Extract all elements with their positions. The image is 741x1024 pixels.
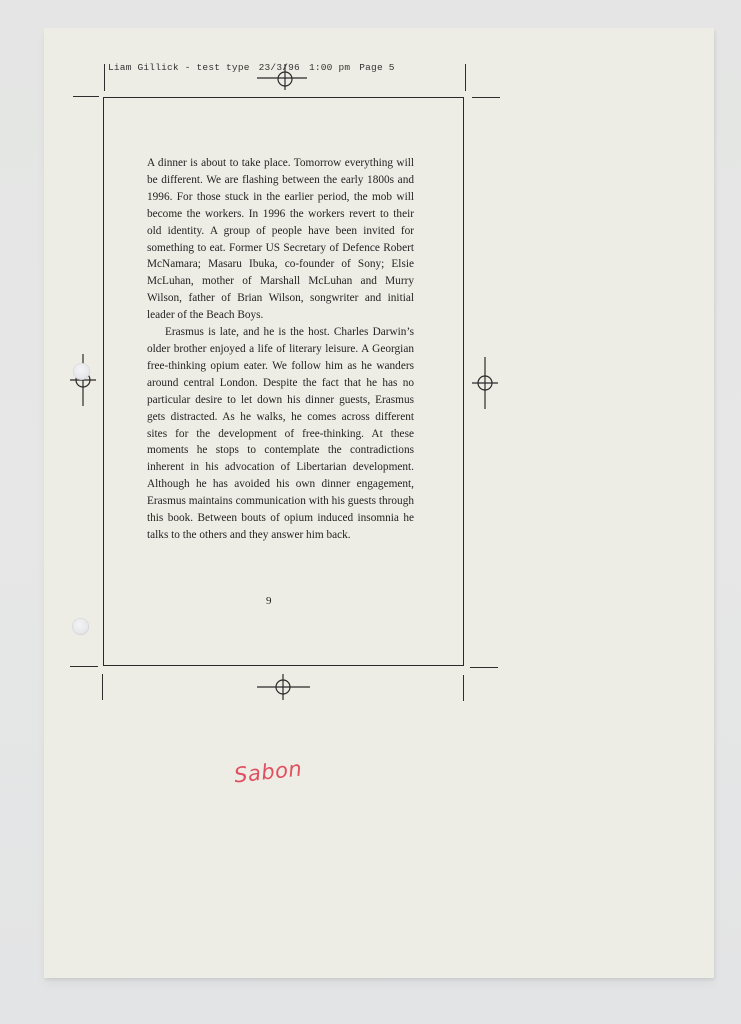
paragraph: A dinner is about to take place. Tomorro… xyxy=(147,155,414,324)
registration-mark-right-icon xyxy=(470,355,500,411)
header-time: 1:00 pm xyxy=(309,62,350,73)
crop-mark-bottom-left-h xyxy=(70,666,98,667)
crop-mark-top-right-v xyxy=(465,64,466,91)
crop-mark-bottom-right-h xyxy=(470,667,498,668)
crop-mark-bottom-left-v xyxy=(102,674,103,700)
crop-mark-bottom-right-v xyxy=(463,675,464,701)
crop-mark-top-right-h xyxy=(472,97,500,98)
punch-hole-top xyxy=(73,363,90,380)
registration-mark-left-icon xyxy=(68,352,98,408)
registration-mark-top-icon xyxy=(255,62,315,92)
crop-mark-top-left-v xyxy=(104,64,105,91)
punch-hole-bottom xyxy=(72,618,89,635)
paragraph: Erasmus is late, and he is the host. Cha… xyxy=(147,324,414,544)
header-page: Page 5 xyxy=(359,62,394,73)
crop-mark-top-left-h xyxy=(73,96,99,97)
registration-mark-bottom-icon xyxy=(255,672,313,702)
body-text: A dinner is about to take place. Tomorro… xyxy=(147,155,414,544)
page-number: 9 xyxy=(266,595,272,607)
header-author: Liam Gillick - test type xyxy=(108,62,250,73)
